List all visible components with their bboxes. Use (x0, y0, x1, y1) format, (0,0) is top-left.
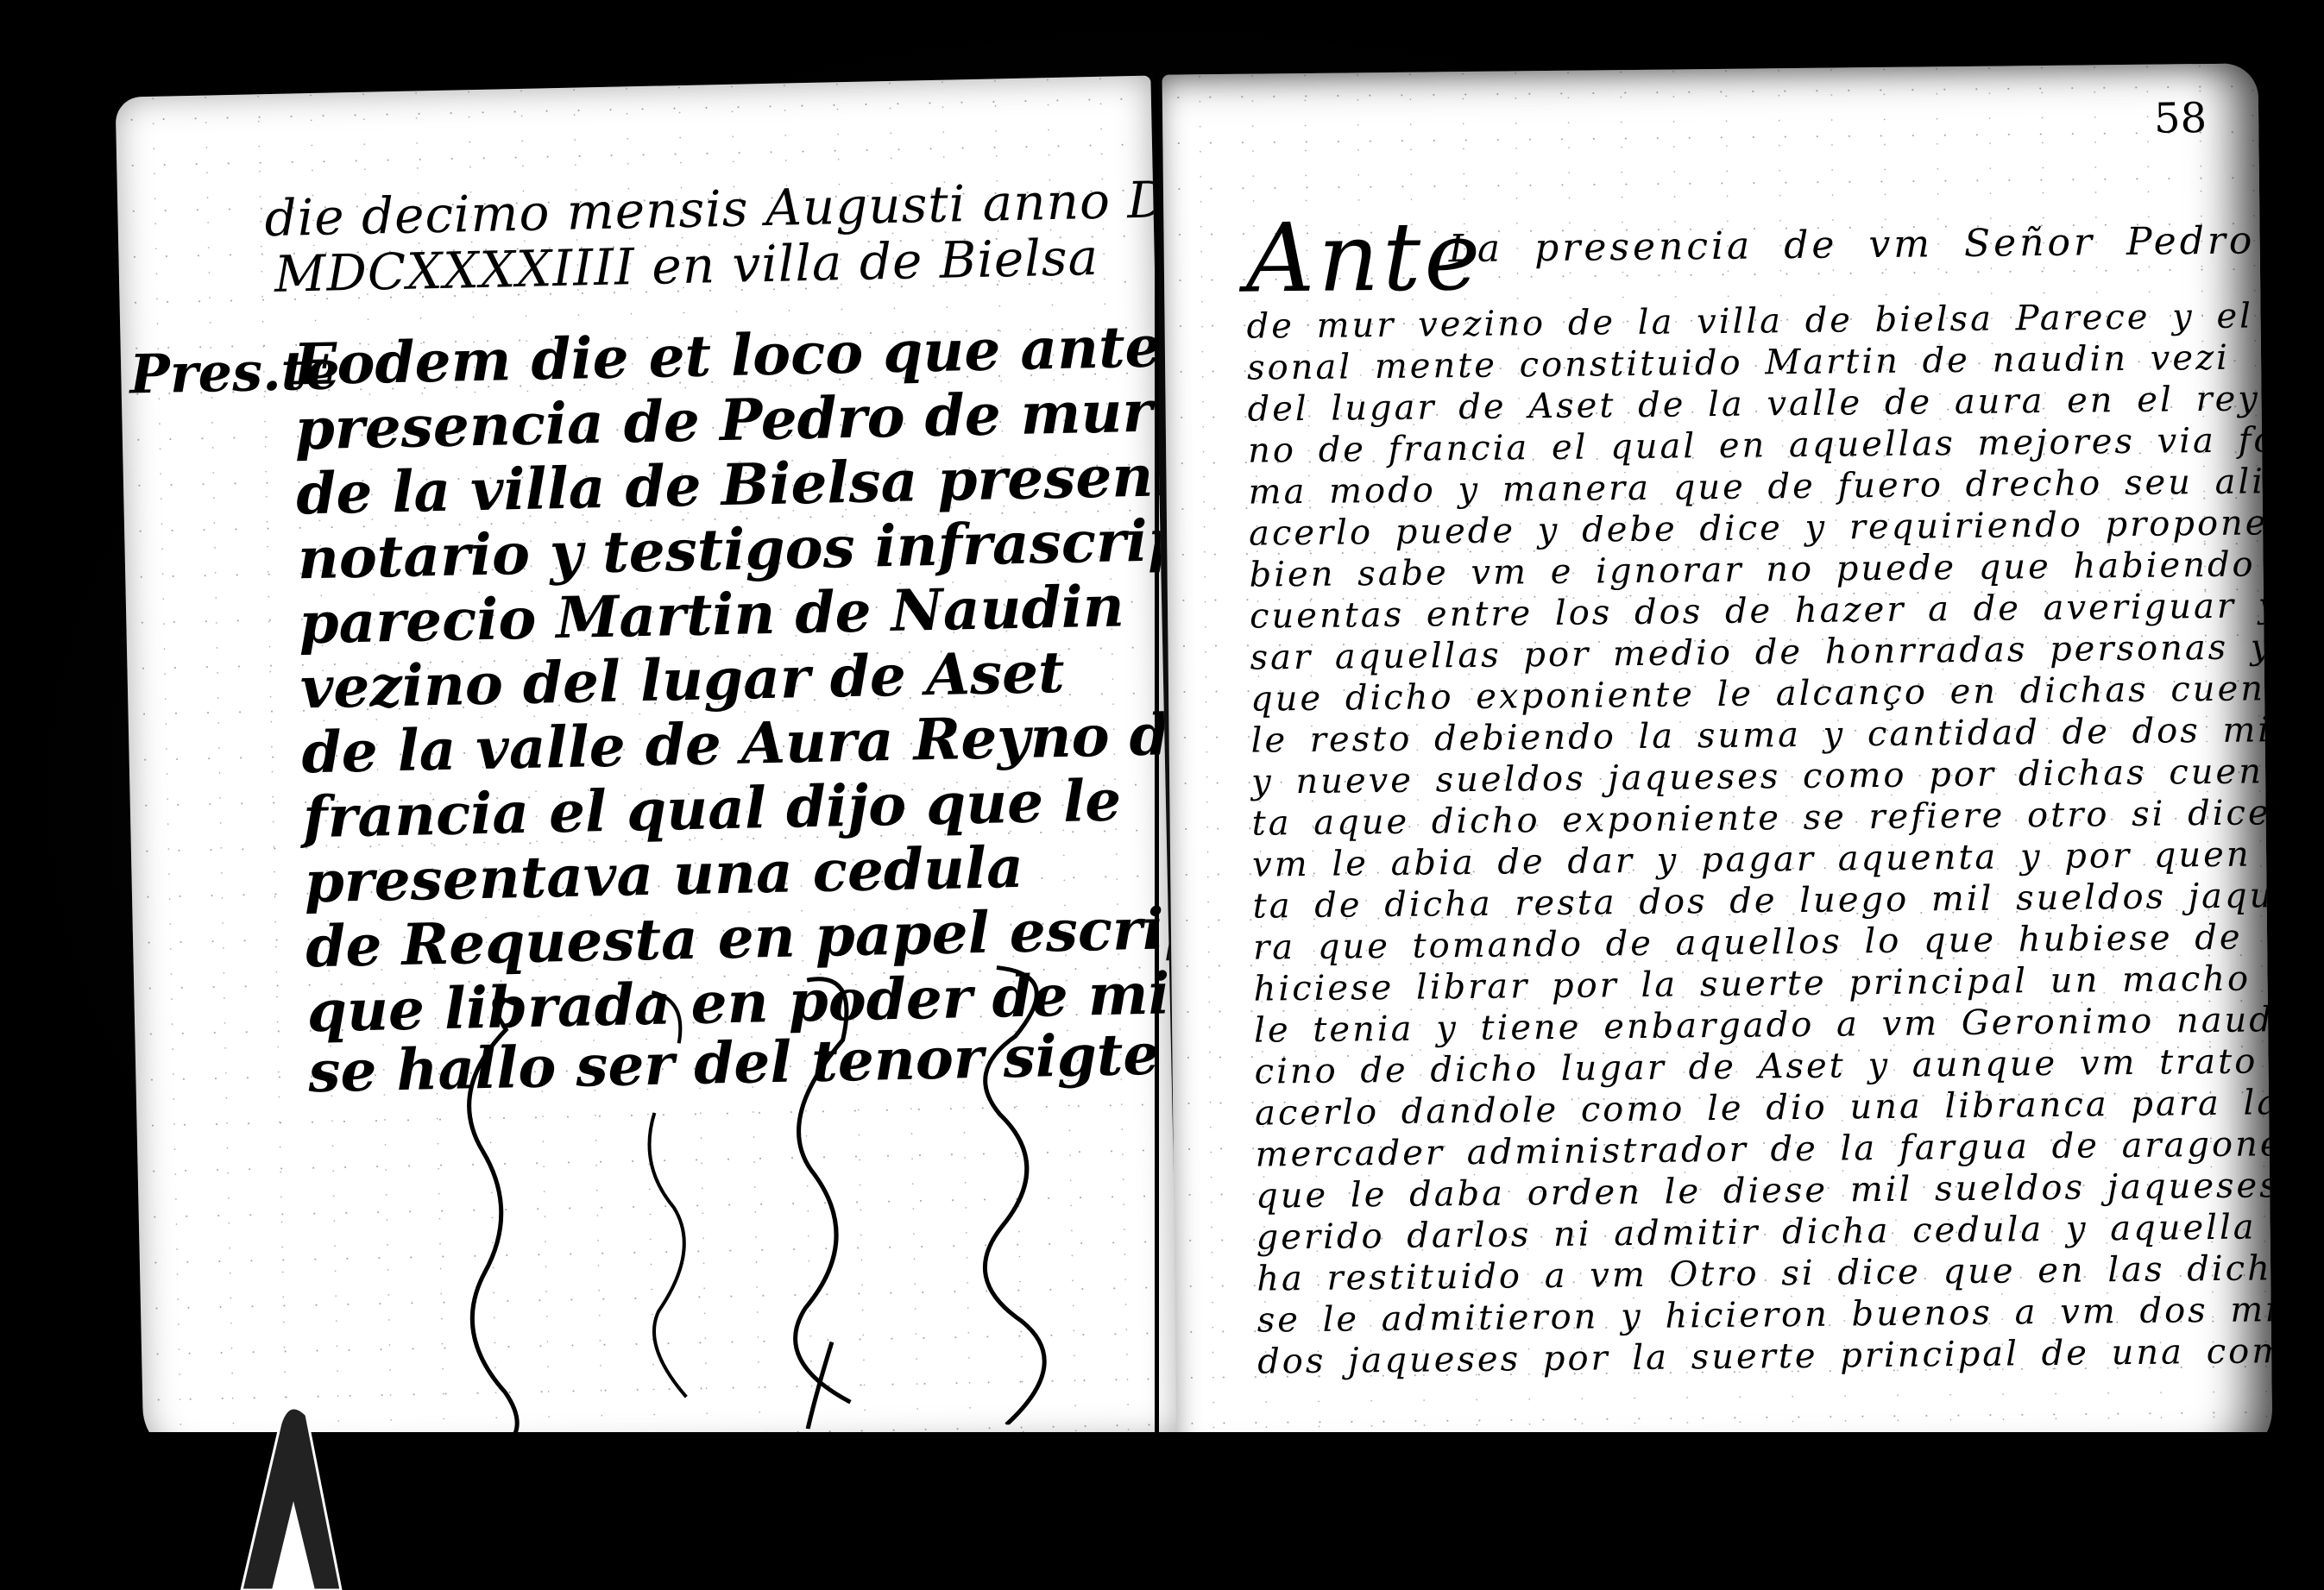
book-gutter (1155, 73, 1159, 1497)
right-page: 58 Ante La presencia de vm Señor Pedro d… (1162, 63, 2273, 1472)
book-clip-shape (233, 1398, 345, 1590)
first-line: La presencia de vm Señor Pedro (1448, 218, 2255, 271)
scan-bottom-edge (0, 1432, 2324, 1590)
folio-number: 58 (2154, 94, 2207, 143)
wavy-line-fillers (392, 940, 1093, 1437)
left-page: die decimo mensis Augusti anno Dni MDCXX… (116, 76, 1180, 1461)
